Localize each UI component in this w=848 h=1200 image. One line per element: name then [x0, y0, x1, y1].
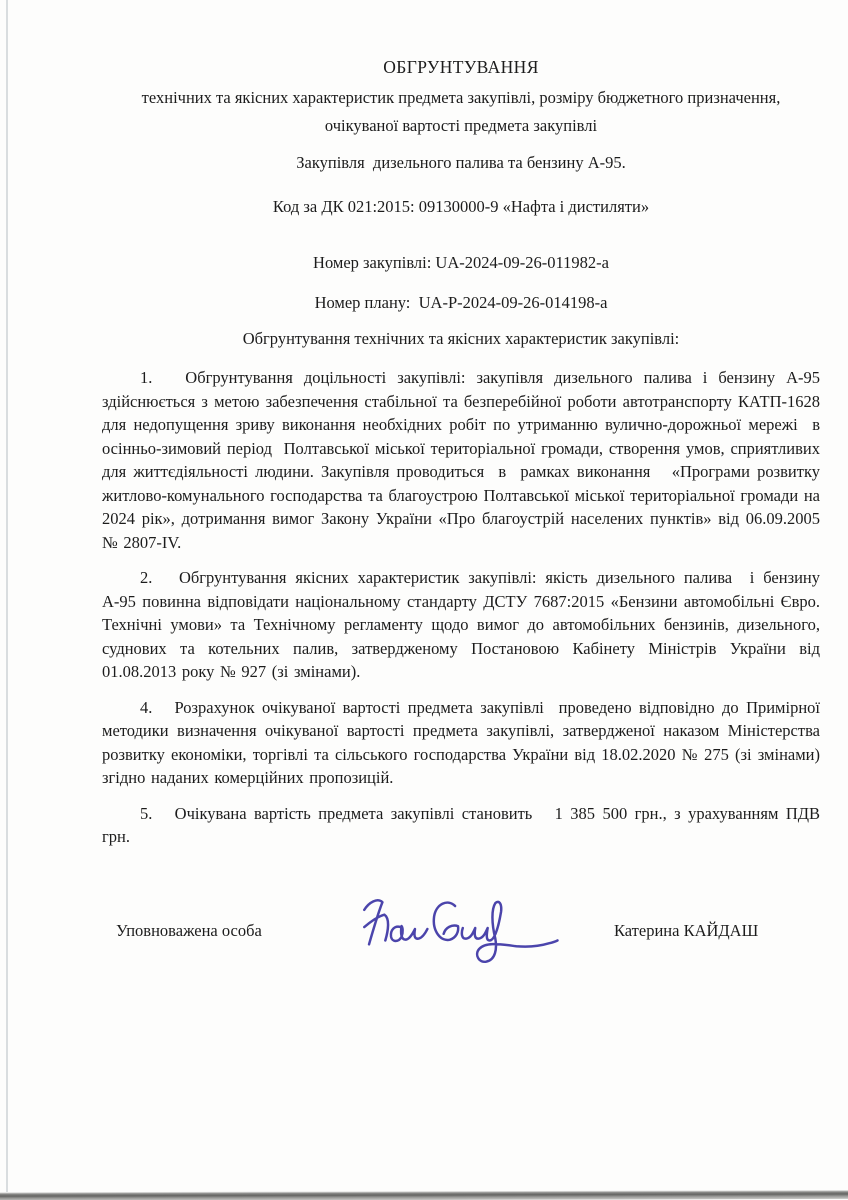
- dk-code-line: Код за ДК 021:2015: 09130000-9 «Нафта і …: [102, 196, 820, 218]
- subtitle-line-1: технічних та якісних характеристик предм…: [102, 84, 820, 112]
- signature-stroke: [462, 901, 558, 961]
- plan-number-line: Номер плану: UA-P-2024-09-26-014198-a: [102, 292, 820, 314]
- signature-stroke: [434, 902, 458, 939]
- signatory-role-label: Уповноважена особа: [116, 919, 262, 943]
- document-title: ОБГРУНТУВАННЯ: [102, 56, 820, 78]
- procurement-number-line: Номер закупівлі: UA-2024-09-26-011982-a: [102, 252, 820, 274]
- document-subtitle: технічних та якісних характеристик предм…: [102, 84, 820, 140]
- signature-stroke: [364, 900, 388, 944]
- document-content: ОБГРУНТУВАННЯ технічних та якісних харак…: [102, 56, 820, 979]
- scanned-document-page: ОБГРУНТУВАННЯ технічних та якісних харак…: [0, 0, 848, 1200]
- paragraph-5: 5. Очікувана вартість предмета закупівлі…: [102, 802, 820, 849]
- handwritten-signature: [348, 885, 568, 973]
- signature-stroke: [391, 926, 427, 941]
- scan-bottom-edge-band: [0, 1190, 848, 1200]
- section-heading: Обгрунтування технічних та якісних харак…: [102, 328, 820, 350]
- scan-left-edge-line: [6, 0, 8, 1192]
- paragraph-2: 2. Обгрунтування якісних характеристик з…: [102, 566, 820, 684]
- signature-block: Уповноважена особа Катерина КАЙДАШ: [102, 889, 820, 979]
- subtitle-line-2: очікуваної вартості предмета закупівлі: [102, 112, 820, 140]
- procurement-subject: Закупівля дизельного палива та бензину А…: [102, 152, 820, 174]
- signatory-name: Катерина КАЙДАШ: [614, 919, 758, 943]
- paragraph-1: 1. Обгрунтування доцільності закупівлі: …: [102, 366, 820, 554]
- paragraph-4: 4. Розрахунок очікуваної вартості предме…: [102, 696, 820, 790]
